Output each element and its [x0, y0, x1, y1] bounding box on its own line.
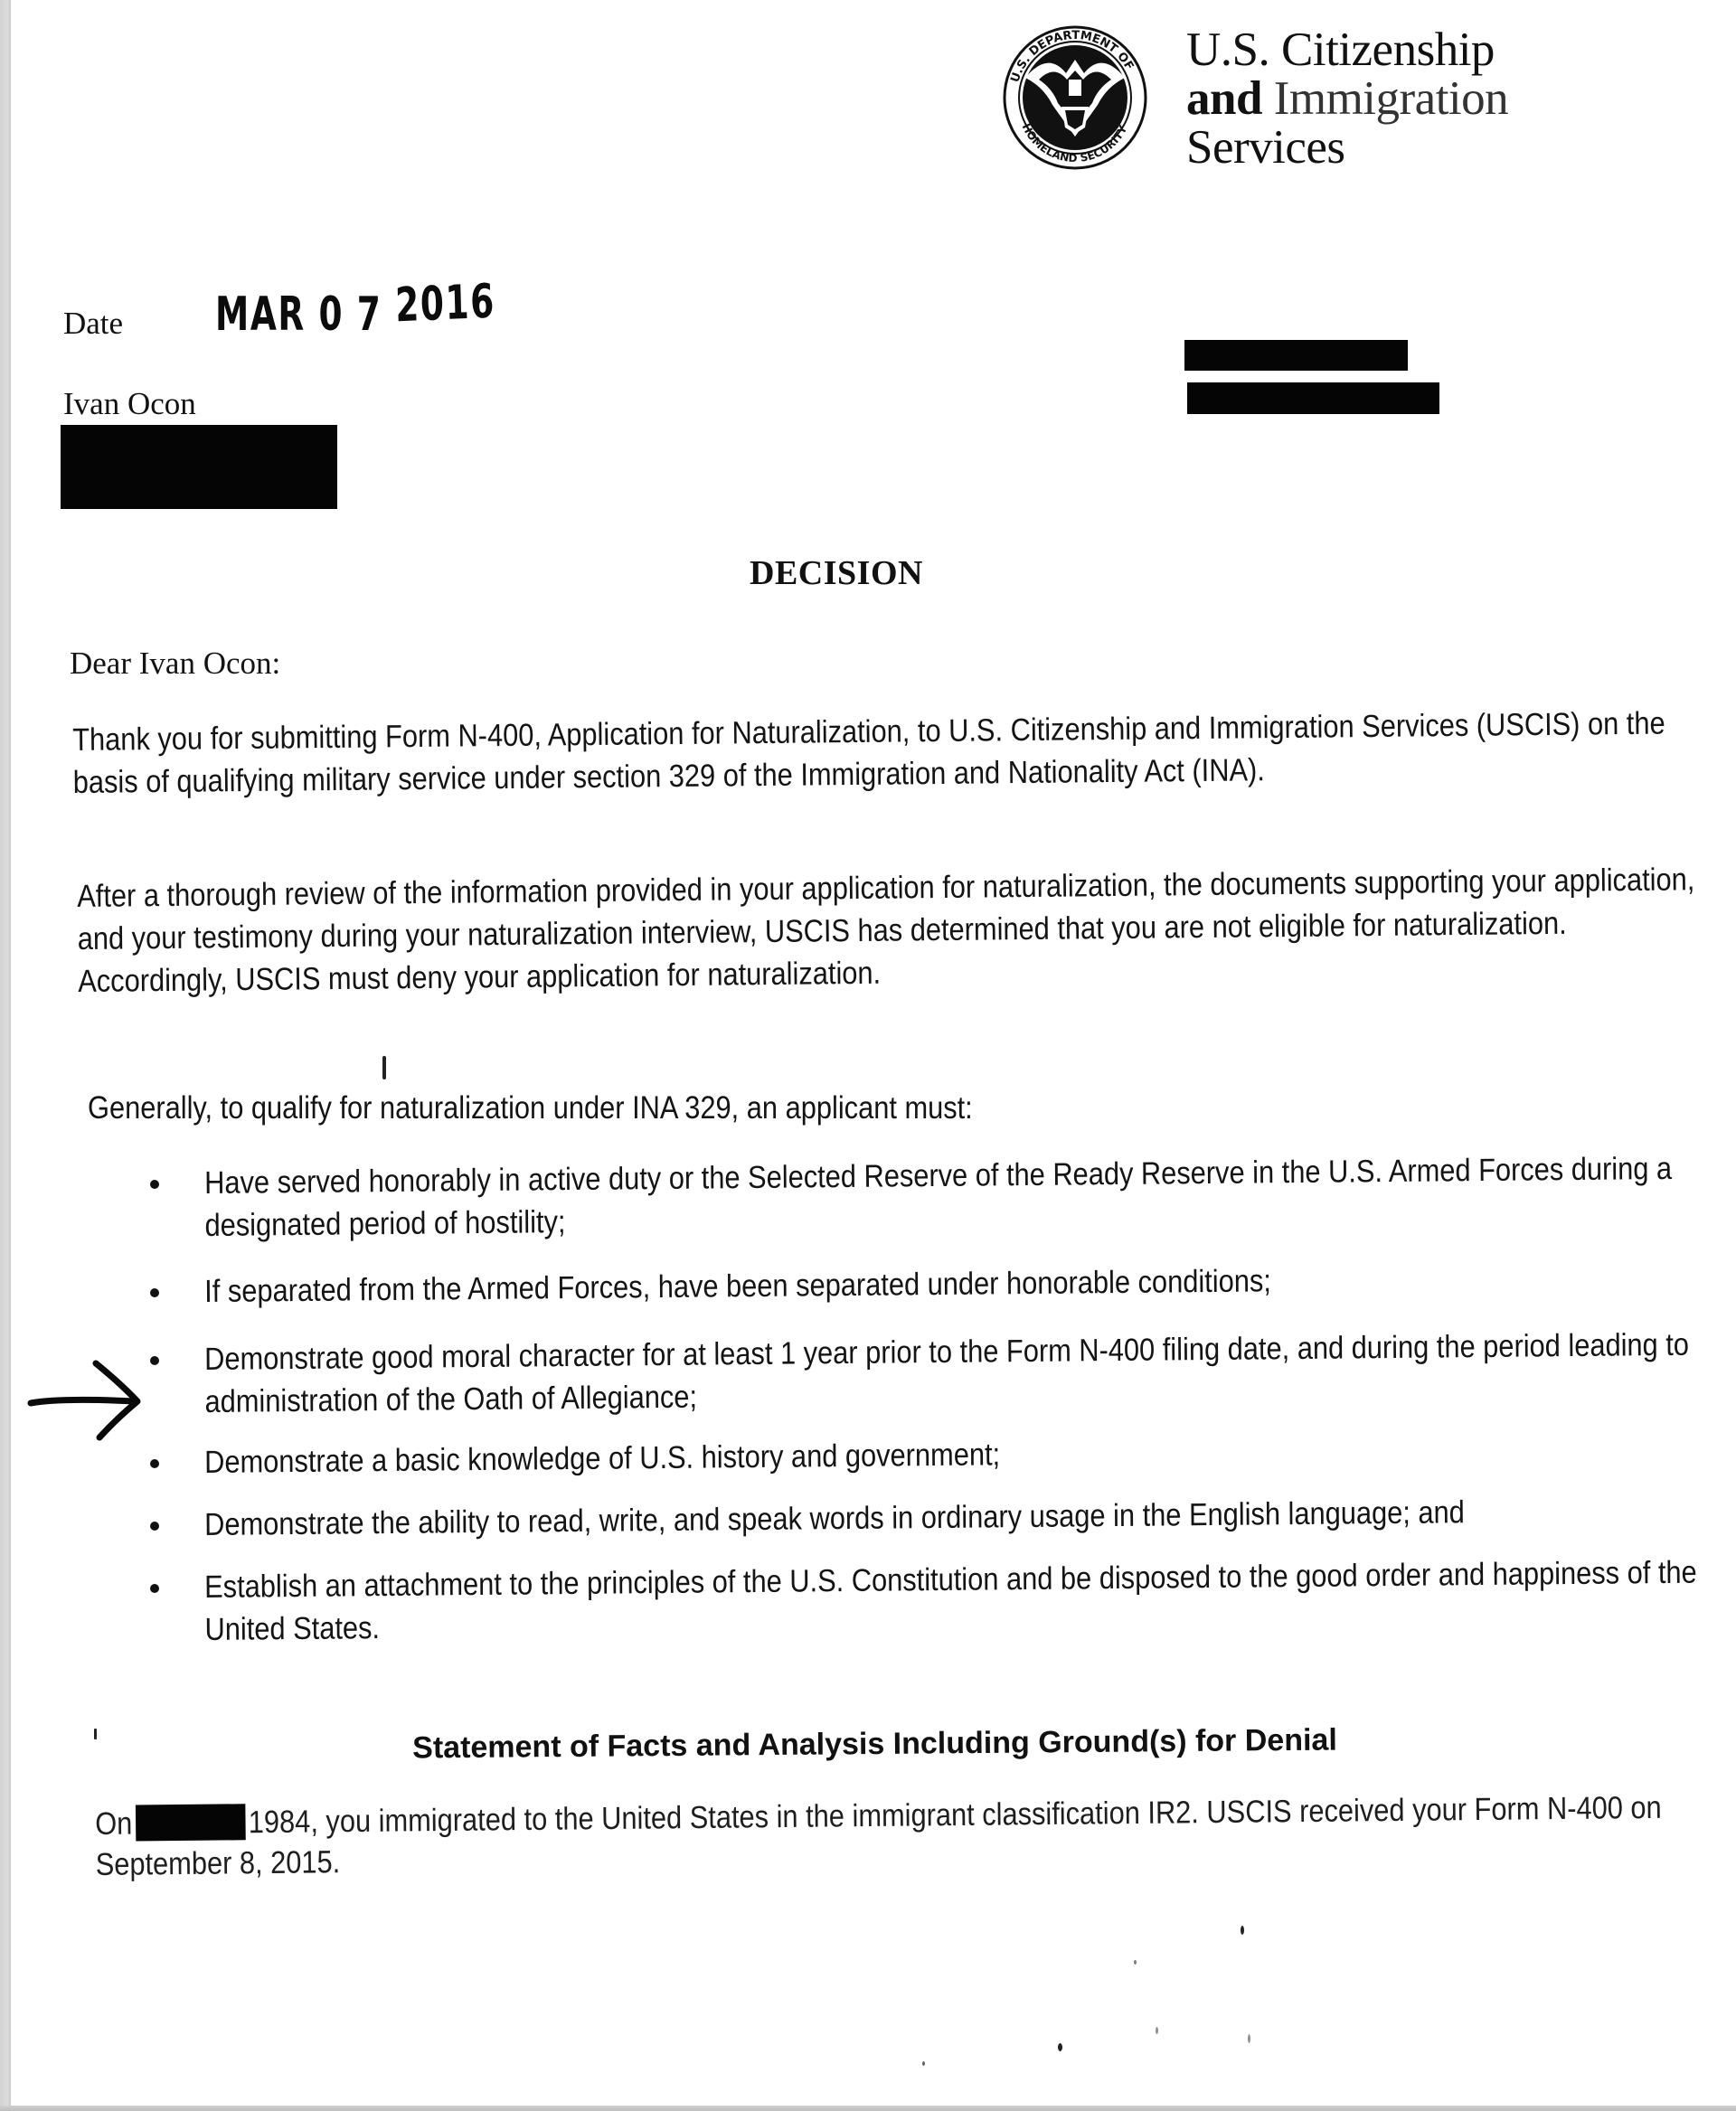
scan-mark [1248, 2034, 1250, 2043]
redacted-date [136, 1804, 246, 1841]
agency-line-2: and Immigration [1186, 74, 1508, 123]
agency-line-1: U.S. Citizenship [1186, 25, 1508, 74]
list-item-text: Demonstrate a basic knowledge of U.S. hi… [204, 1426, 1716, 1484]
date-label: Date [63, 306, 123, 342]
list-item-text: Demonstrate the ability to read, write, … [204, 1488, 1716, 1546]
list-item: Demonstrate a basic knowledge of U.S. hi… [145, 1441, 1682, 1484]
redacted-recipient-address [61, 425, 337, 509]
handwritten-arrow-icon [25, 1356, 147, 1442]
bullet-icon [150, 1180, 159, 1189]
paragraph-decision: After a thorough review of the informati… [77, 858, 1702, 1003]
agency-line-2-bold: and [1186, 72, 1262, 125]
bullet-icon [150, 1459, 159, 1468]
facts-prefix: On [95, 1806, 133, 1842]
scan-mark [382, 1056, 386, 1079]
scan-mark [1156, 2027, 1158, 2034]
date-stamp-month-day: MAR 0 7 [215, 287, 382, 342]
list-item: If separated from the Armed Forces, have… [145, 1270, 1682, 1313]
scan-mark [1058, 2043, 1062, 2051]
facts-text: 1984, you immigrated to the United State… [96, 1790, 1662, 1882]
bullet-icon [150, 1356, 159, 1365]
agency-line-3: Services [1186, 123, 1508, 172]
list-item: Demonstrate good moral character for at … [145, 1338, 1682, 1423]
agency-line-2-rest: Immigration [1274, 72, 1508, 125]
bullet-icon [150, 1584, 159, 1593]
dhs-seal-icon: U.S. DEPARTMENT OF HOMELAND SECURITY [998, 24, 1152, 173]
scan-mark [1241, 1926, 1244, 1935]
scan-mark [922, 2061, 925, 2066]
date-stamp-year: 2016 [394, 275, 495, 334]
bullet-icon [150, 1522, 159, 1531]
paragraph-facts: On1984, you immigrated to the United Sta… [95, 1786, 1711, 1885]
list-item: Demonstrate the ability to read, write, … [145, 1503, 1682, 1546]
agency-name: U.S. Citizenship and Immigration Service… [1186, 25, 1508, 172]
paragraph-requirements-intro: Generally, to qualify for naturalization… [88, 1087, 1202, 1129]
recipient-name: Ivan Ocon [63, 386, 196, 422]
list-item-text: Demonstrate good moral character for at … [204, 1323, 1717, 1423]
redacted-case-info-1 [1184, 340, 1408, 371]
list-item: Establish an attachment to the principle… [145, 1566, 1682, 1651]
bullet-icon [150, 1288, 159, 1297]
page-bottom-edge [0, 2106, 1736, 2111]
page-title: DECISION [0, 553, 1673, 593]
paragraph-intro: Thank you for submitting Form N-400, App… [72, 702, 1680, 804]
requirements-list: Have served honorably in active duty or … [145, 1162, 1682, 1678]
list-item: Have served honorably in active duty or … [145, 1162, 1682, 1247]
redacted-case-info-2 [1187, 382, 1439, 414]
list-item-text: Have served honorably in active duty or … [204, 1146, 1717, 1247]
date-stamp: MAR 0 7 2016 [215, 287, 495, 342]
page-left-edge [0, 0, 11, 2111]
list-item-text: If separated from the Armed Forces, have… [204, 1255, 1716, 1313]
section-heading: Statement of Facts and Analysis Includin… [0, 1720, 1736, 1770]
salutation: Dear Ivan Ocon: [70, 642, 280, 684]
scan-mark [1134, 1960, 1137, 1965]
list-item-text: Establish an attachment to the principle… [204, 1550, 1717, 1651]
